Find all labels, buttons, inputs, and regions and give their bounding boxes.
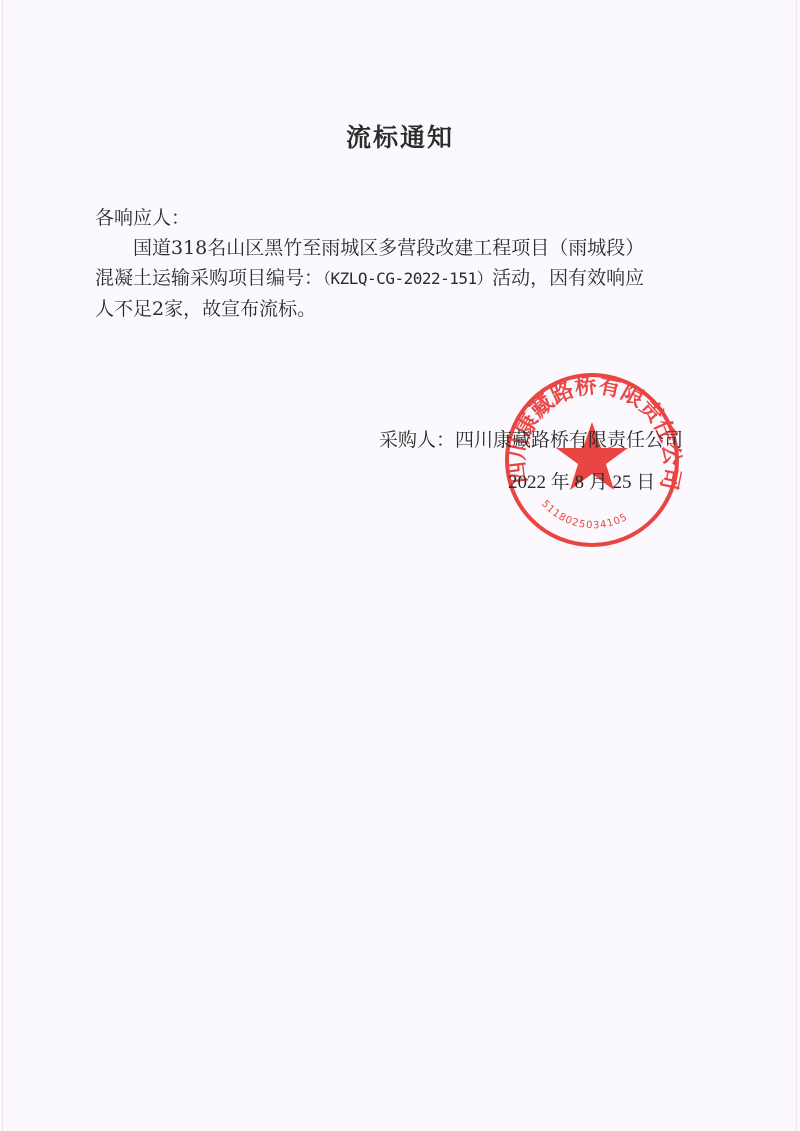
- document-title: 流标通知: [0, 118, 800, 154]
- body-line-2-tail: 活动，因有效响应: [492, 267, 644, 289]
- salutation: 各响应人：: [95, 203, 190, 230]
- page-edge-right: [796, 0, 797, 1131]
- company-seal: 四川康藏路桥有限责任公司 5118025034105: [500, 370, 684, 550]
- body-line-3: 人不足2家，故宣布流标。: [95, 294, 735, 324]
- body-line-2: 混凝土运输采购项目编号：（KZLQ-CG-2022-151）活动，因有效响应: [95, 263, 735, 294]
- project-label: 混凝土运输采购项目编号：: [95, 267, 323, 289]
- notice-body: 国道318名山区黑竹至雨城区多营段改建工程项目（雨城段） 混凝土运输采购项目编号…: [95, 233, 735, 324]
- page-edge-left: [2, 0, 3, 1131]
- seal-code: 5118025034105: [539, 499, 630, 532]
- buyer-signature: 采购人：四川康藏路桥有限责任公司: [379, 425, 683, 452]
- body-line-1: 国道318名山区黑竹至雨城区多营段改建工程项目（雨城段）: [95, 233, 735, 263]
- notice-date: 2022 年 8 月 25 日: [508, 467, 655, 494]
- project-code: （KZLQ-CG-2022-151）: [323, 269, 492, 288]
- svg-text:5118025034105: 5118025034105: [539, 499, 630, 532]
